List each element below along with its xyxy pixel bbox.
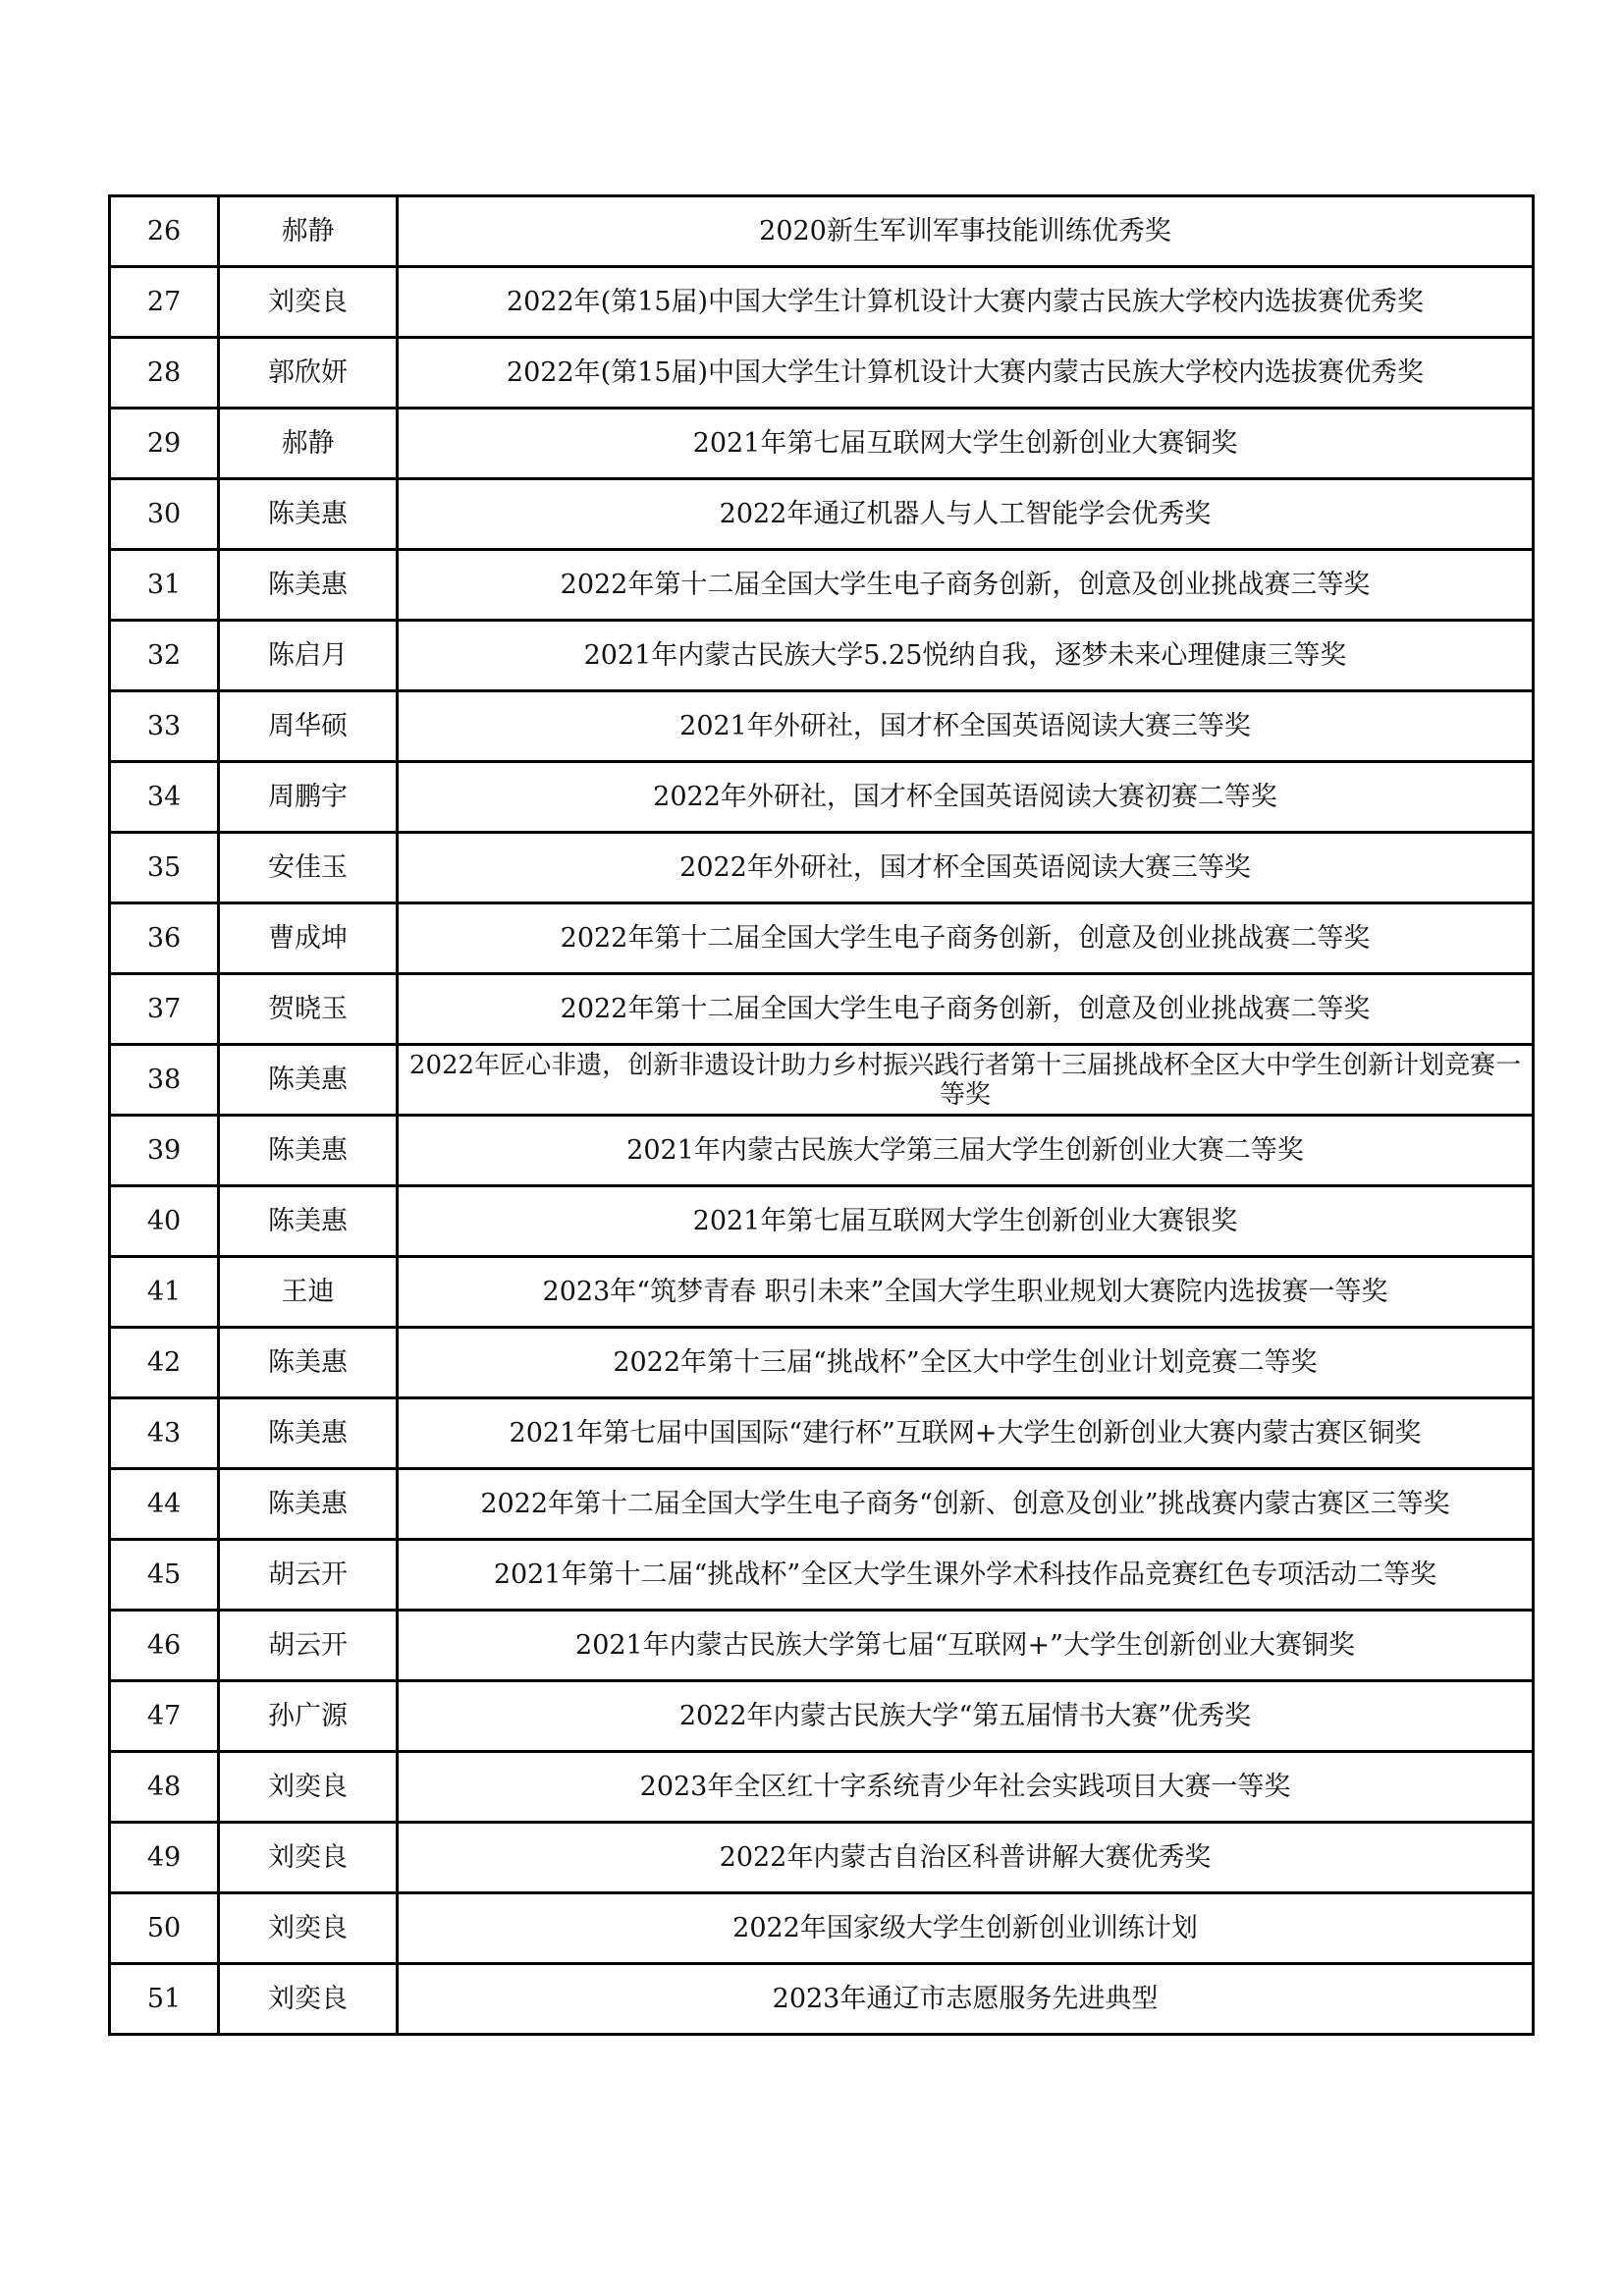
table-row: 47孙广源2022年内蒙古民族大学“第五届情书大赛”优秀奖 xyxy=(110,1681,1534,1752)
row-number-cell: 50 xyxy=(110,1893,219,1964)
table-row: 45胡云开2021年第十二届“挑战杯”全区大学生课外学术科技作品竞赛红色专项活动… xyxy=(110,1540,1534,1611)
student-name-cell: 陈美惠 xyxy=(219,1398,398,1469)
table-row: 50刘奕良2022年国家级大学生创新创业训练计划 xyxy=(110,1893,1534,1964)
table-row: 40陈美惠2021年第七届互联网大学生创新创业大赛银奖 xyxy=(110,1186,1534,1257)
award-cell: 2022年第十二届全国大学生电子商务“创新、创意及创业”挑战赛内蒙古赛区三等奖 xyxy=(398,1469,1534,1540)
table-row: 30陈美惠2022年通辽机器人与人工智能学会优秀奖 xyxy=(110,479,1534,550)
student-name-cell: 贺晓玉 xyxy=(219,974,398,1045)
table-row: 49刘奕良2022年内蒙古自治区科普讲解大赛优秀奖 xyxy=(110,1823,1534,1893)
table-row: 33周华硕2021年外研社，国才杯全国英语阅读大赛三等奖 xyxy=(110,691,1534,762)
table-row: 28郭欣妍2022年(第15届)中国大学生计算机设计大赛内蒙古民族大学校内选拔赛… xyxy=(110,338,1534,409)
student-name-cell: 刘奕良 xyxy=(219,1893,398,1964)
student-name-cell: 孙广源 xyxy=(219,1681,398,1752)
award-cell: 2021年外研社，国才杯全国英语阅读大赛三等奖 xyxy=(398,691,1534,762)
award-cell: 2022年内蒙古民族大学“第五届情书大赛”优秀奖 xyxy=(398,1681,1534,1752)
row-number-cell: 51 xyxy=(110,1964,219,2035)
student-name-cell: 刘奕良 xyxy=(219,267,398,338)
row-number-cell: 41 xyxy=(110,1257,219,1328)
table-row: 51刘奕良2023年通辽市志愿服务先进典型 xyxy=(110,1964,1534,2035)
table-row: 39陈美惠2021年内蒙古民族大学第三届大学生创新创业大赛二等奖 xyxy=(110,1116,1534,1186)
award-cell: 2022年外研社，国才杯全国英语阅读大赛三等奖 xyxy=(398,833,1534,903)
row-number-cell: 35 xyxy=(110,833,219,903)
student-name-cell: 刘奕良 xyxy=(219,1752,398,1823)
award-cell: 2023年通辽市志愿服务先进典型 xyxy=(398,1964,1534,2035)
award-cell: 2022年国家级大学生创新创业训练计划 xyxy=(398,1893,1534,1964)
student-name-cell: 陈美惠 xyxy=(219,550,398,621)
table-row: 41王迪2023年“筑梦青春 职引未来”全国大学生职业规划大赛院内选拔赛一等奖 xyxy=(110,1257,1534,1328)
student-name-cell: 胡云开 xyxy=(219,1611,398,1681)
student-name-cell: 陈美惠 xyxy=(219,1328,398,1398)
row-number-cell: 42 xyxy=(110,1328,219,1398)
award-cell: 2022年第十二届全国大学生电子商务创新，创意及创业挑战赛二等奖 xyxy=(398,974,1534,1045)
student-name-cell: 王迪 xyxy=(219,1257,398,1328)
row-number-cell: 38 xyxy=(110,1045,219,1116)
award-cell: 2023年全区红十字系统青少年社会实践项目大赛一等奖 xyxy=(398,1752,1534,1823)
row-number-cell: 33 xyxy=(110,691,219,762)
student-name-cell: 陈启月 xyxy=(219,621,398,691)
table-row: 27刘奕良2022年(第15届)中国大学生计算机设计大赛内蒙古民族大学校内选拔赛… xyxy=(110,267,1534,338)
award-cell: 2021年第七届互联网大学生创新创业大赛银奖 xyxy=(398,1186,1534,1257)
table-row: 31陈美惠2022年第十二届全国大学生电子商务创新，创意及创业挑战赛三等奖 xyxy=(110,550,1534,621)
student-name-cell: 曹成坤 xyxy=(219,903,398,974)
award-cell: 2022年(第15届)中国大学生计算机设计大赛内蒙古民族大学校内选拔赛优秀奖 xyxy=(398,267,1534,338)
table-row: 34周鹏宇2022年外研社，国才杯全国英语阅读大赛初赛二等奖 xyxy=(110,762,1534,833)
award-cell: 2022年第十二届全国大学生电子商务创新，创意及创业挑战赛三等奖 xyxy=(398,550,1534,621)
award-cell: 2020新生军训军事技能训练优秀奖 xyxy=(398,196,1534,267)
student-name-cell: 陈美惠 xyxy=(219,1469,398,1540)
row-number-cell: 46 xyxy=(110,1611,219,1681)
table-row: 46胡云开2021年内蒙古民族大学第七届“互联网+”大学生创新创业大赛铜奖 xyxy=(110,1611,1534,1681)
row-number-cell: 45 xyxy=(110,1540,219,1611)
table-row: 44陈美惠2022年第十二届全国大学生电子商务“创新、创意及创业”挑战赛内蒙古赛… xyxy=(110,1469,1534,1540)
award-cell: 2022年通辽机器人与人工智能学会优秀奖 xyxy=(398,479,1534,550)
award-cell: 2023年“筑梦青春 职引未来”全国大学生职业规划大赛院内选拔赛一等奖 xyxy=(398,1257,1534,1328)
award-cell: 2022年匠心非遗，创新非遗设计助力乡村振兴践行者第十三届挑战杯全区大中学生创新… xyxy=(398,1045,1534,1116)
award-cell: 2022年内蒙古自治区科普讲解大赛优秀奖 xyxy=(398,1823,1534,1893)
table-row: 35安佳玉2022年外研社，国才杯全国英语阅读大赛三等奖 xyxy=(110,833,1534,903)
award-cell: 2021年内蒙古民族大学第七届“互联网+”大学生创新创业大赛铜奖 xyxy=(398,1611,1534,1681)
award-cell: 2021年第七届互联网大学生创新创业大赛铜奖 xyxy=(398,409,1534,479)
student-name-cell: 陈美惠 xyxy=(219,1045,398,1116)
document-page: 26郝静2020新生军训军事技能训练优秀奖27刘奕良2022年(第15届)中国大… xyxy=(0,0,1623,2296)
award-cell: 2022年第十二届全国大学生电子商务创新，创意及创业挑战赛二等奖 xyxy=(398,903,1534,974)
row-number-cell: 37 xyxy=(110,974,219,1045)
row-number-cell: 30 xyxy=(110,479,219,550)
table-row: 36曹成坤2022年第十二届全国大学生电子商务创新，创意及创业挑战赛二等奖 xyxy=(110,903,1534,974)
student-name-cell: 郭欣妍 xyxy=(219,338,398,409)
row-number-cell: 48 xyxy=(110,1752,219,1823)
table-row: 37贺晓玉2022年第十二届全国大学生电子商务创新，创意及创业挑战赛二等奖 xyxy=(110,974,1534,1045)
row-number-cell: 44 xyxy=(110,1469,219,1540)
row-number-cell: 31 xyxy=(110,550,219,621)
award-cell: 2021年第七届中国国际“建行杯”互联网+大学生创新创业大赛内蒙古赛区铜奖 xyxy=(398,1398,1534,1469)
student-name-cell: 周鹏宇 xyxy=(219,762,398,833)
row-number-cell: 40 xyxy=(110,1186,219,1257)
award-cell: 2021年第十二届“挑战杯”全区大学生课外学术科技作品竞赛红色专项活动二等奖 xyxy=(398,1540,1534,1611)
row-number-cell: 34 xyxy=(110,762,219,833)
student-name-cell: 郝静 xyxy=(219,196,398,267)
student-name-cell: 陈美惠 xyxy=(219,1116,398,1186)
award-cell: 2022年(第15届)中国大学生计算机设计大赛内蒙古民族大学校内选拔赛优秀奖 xyxy=(398,338,1534,409)
table-row: 32陈启月2021年内蒙古民族大学5.25悦纳自我，逐梦未来心理健康三等奖 xyxy=(110,621,1534,691)
student-name-cell: 陈美惠 xyxy=(219,479,398,550)
table-row: 48刘奕良2023年全区红十字系统青少年社会实践项目大赛一等奖 xyxy=(110,1752,1534,1823)
row-number-cell: 49 xyxy=(110,1823,219,1893)
student-name-cell: 陈美惠 xyxy=(219,1186,398,1257)
table-row: 29郝静2021年第七届互联网大学生创新创业大赛铜奖 xyxy=(110,409,1534,479)
award-cell: 2021年内蒙古民族大学5.25悦纳自我，逐梦未来心理健康三等奖 xyxy=(398,621,1534,691)
award-cell: 2022年第十三届“挑战杯”全区大中学生创业计划竞赛二等奖 xyxy=(398,1328,1534,1398)
awards-table: 26郝静2020新生军训军事技能训练优秀奖27刘奕良2022年(第15届)中国大… xyxy=(108,194,1535,2036)
table-row: 43陈美惠2021年第七届中国国际“建行杯”互联网+大学生创新创业大赛内蒙古赛区… xyxy=(110,1398,1534,1469)
student-name-cell: 周华硕 xyxy=(219,691,398,762)
table-row: 38陈美惠2022年匠心非遗，创新非遗设计助力乡村振兴践行者第十三届挑战杯全区大… xyxy=(110,1045,1534,1116)
student-name-cell: 安佳玉 xyxy=(219,833,398,903)
row-number-cell: 43 xyxy=(110,1398,219,1469)
student-name-cell: 郝静 xyxy=(219,409,398,479)
row-number-cell: 29 xyxy=(110,409,219,479)
student-name-cell: 刘奕良 xyxy=(219,1823,398,1893)
row-number-cell: 39 xyxy=(110,1116,219,1186)
award-cell: 2021年内蒙古民族大学第三届大学生创新创业大赛二等奖 xyxy=(398,1116,1534,1186)
row-number-cell: 36 xyxy=(110,903,219,974)
table-row: 26郝静2020新生军训军事技能训练优秀奖 xyxy=(110,196,1534,267)
row-number-cell: 26 xyxy=(110,196,219,267)
table-row: 42陈美惠2022年第十三届“挑战杯”全区大中学生创业计划竞赛二等奖 xyxy=(110,1328,1534,1398)
student-name-cell: 刘奕良 xyxy=(219,1964,398,2035)
row-number-cell: 32 xyxy=(110,621,219,691)
awards-table-body: 26郝静2020新生军训军事技能训练优秀奖27刘奕良2022年(第15届)中国大… xyxy=(110,196,1534,2035)
row-number-cell: 47 xyxy=(110,1681,219,1752)
student-name-cell: 胡云开 xyxy=(219,1540,398,1611)
row-number-cell: 28 xyxy=(110,338,219,409)
award-cell: 2022年外研社，国才杯全国英语阅读大赛初赛二等奖 xyxy=(398,762,1534,833)
row-number-cell: 27 xyxy=(110,267,219,338)
